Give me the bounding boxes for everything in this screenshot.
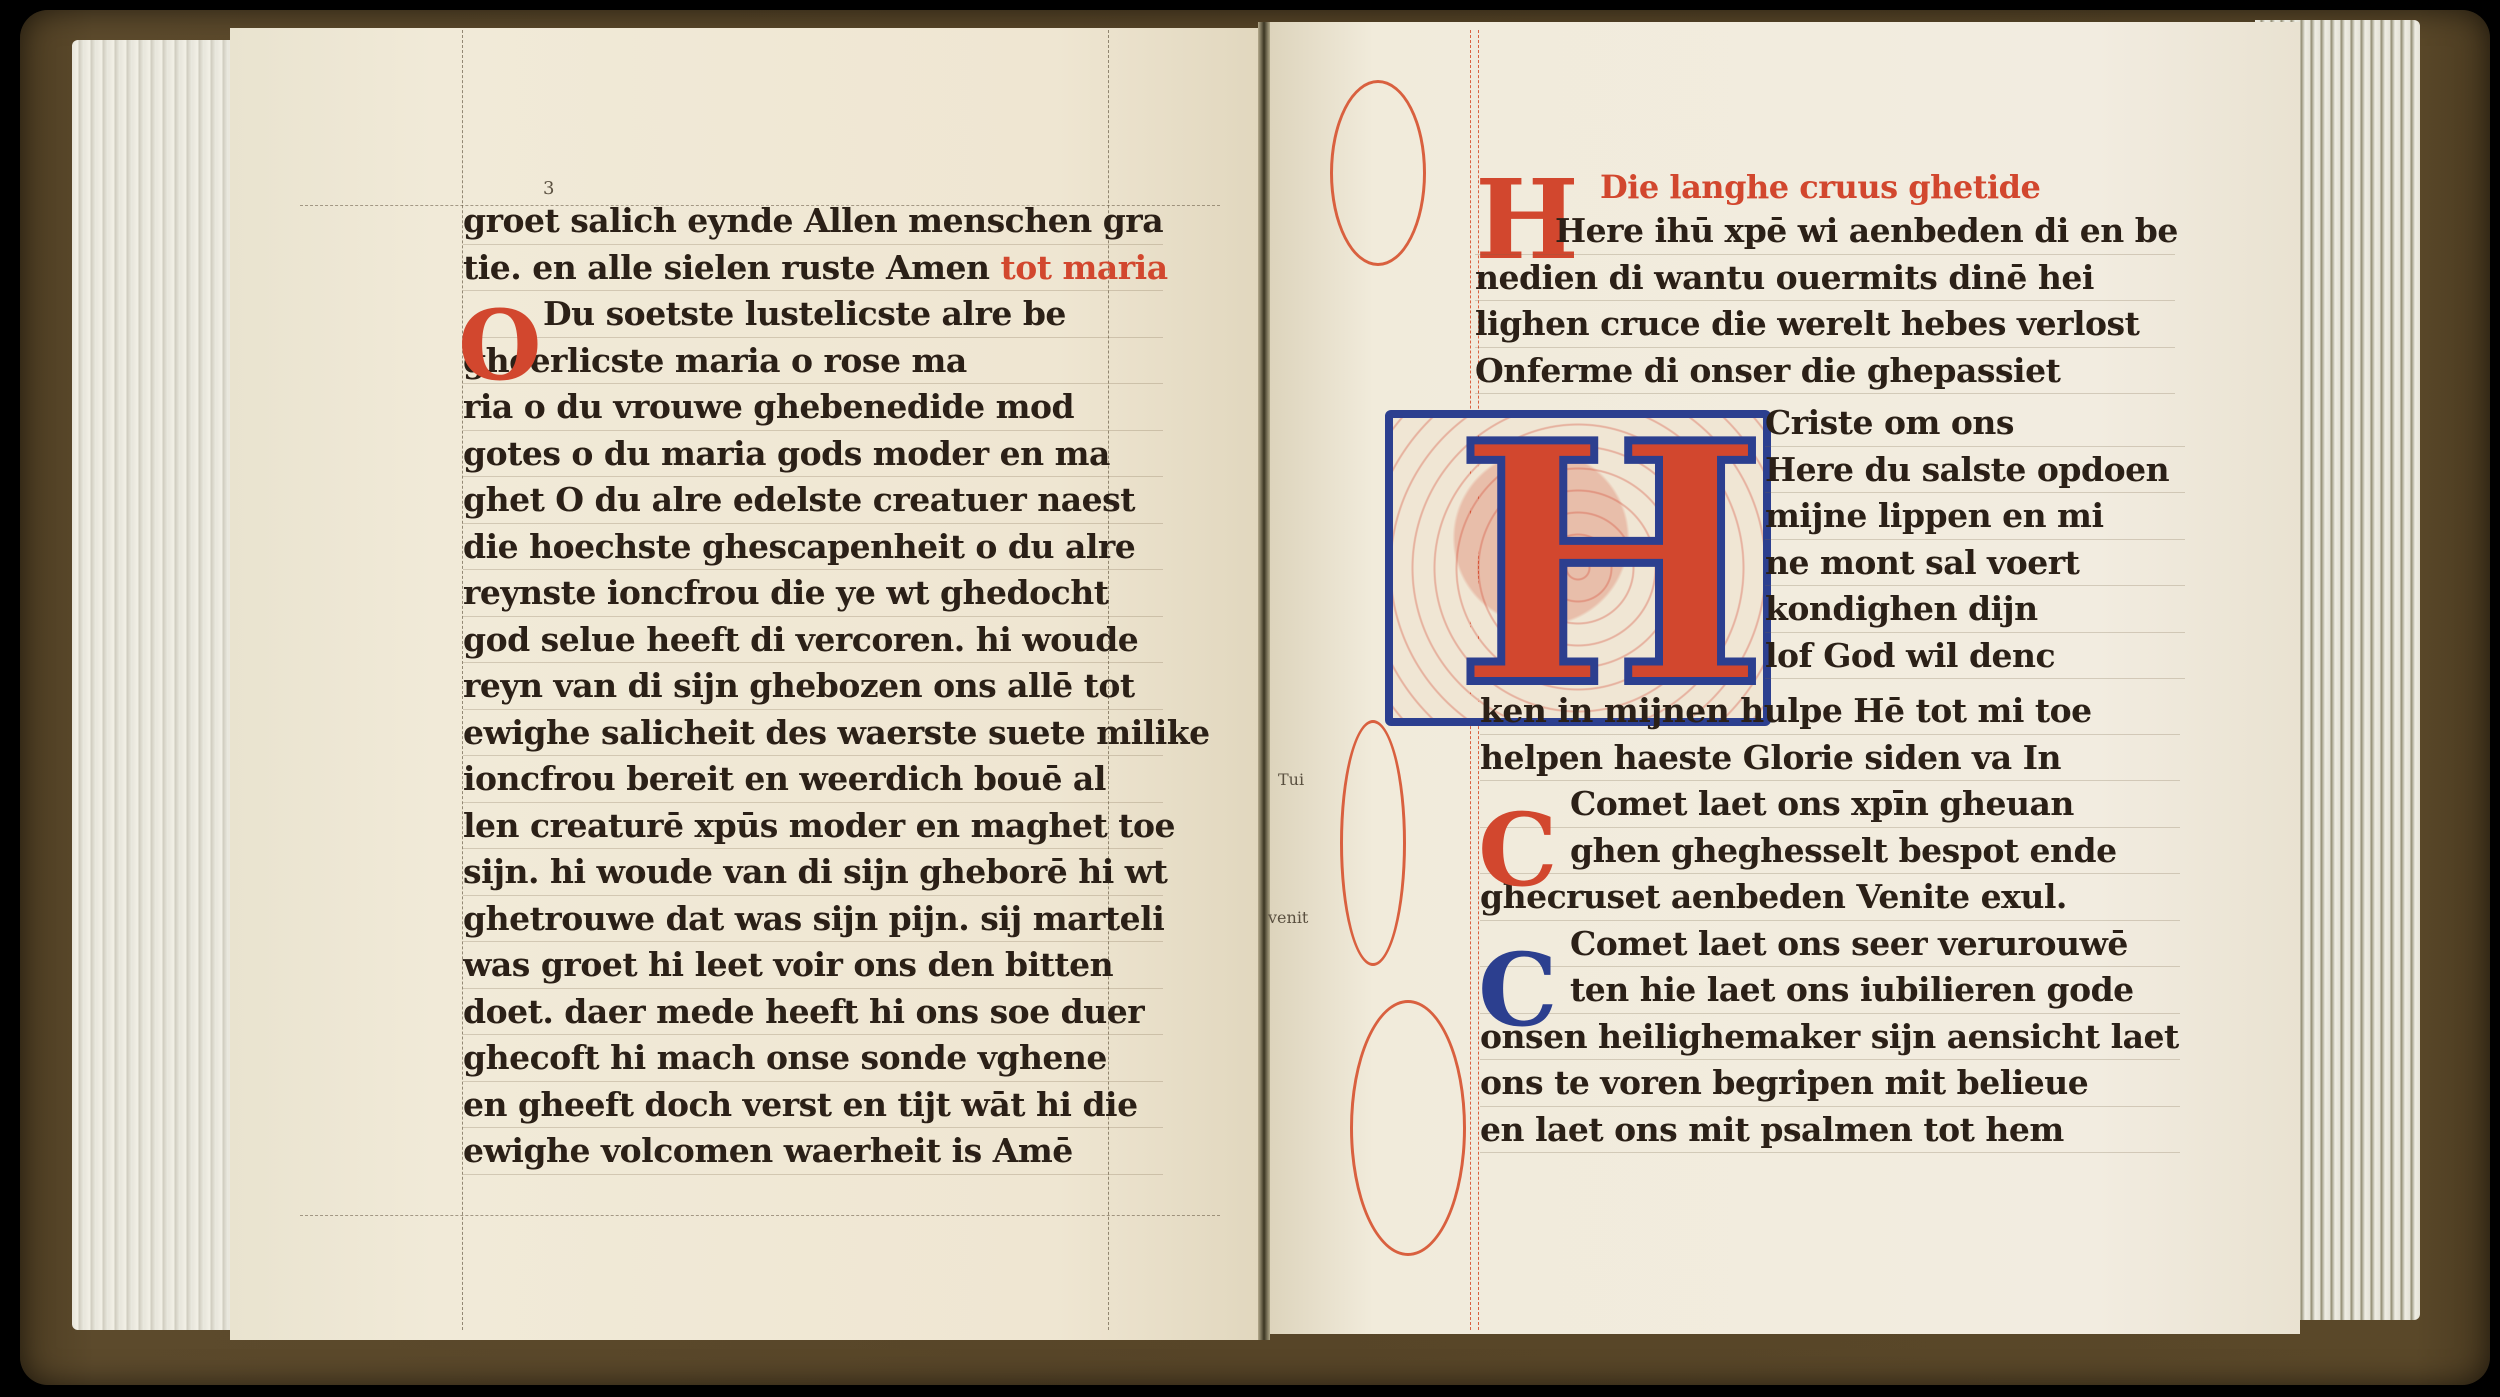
text-line: ken in mijnen hulpe Hē tot mi toe bbox=[1480, 688, 2180, 735]
text-span: tie. en alle sielen ruste Amen bbox=[463, 248, 990, 287]
text-line: lighen cruce die werelt hebes verlost bbox=[1475, 301, 2175, 348]
text-line: reyn van di sijn ghebozen ons allē tot bbox=[463, 663, 1163, 710]
red-initial-c: C bbox=[1478, 800, 1558, 900]
text-line: kondighen dijn bbox=[1765, 586, 2185, 633]
right-text-bottom: ken in mijnen hulpe Hē tot mi toe helpen… bbox=[1480, 688, 2180, 1153]
text-line: gheerlicste maria o rose ma bbox=[463, 338, 1163, 385]
text-line: ewighe salicheit des waerste suete milik… bbox=[463, 710, 1163, 757]
text-line: ioncfrou bereit en weerdich bouē al bbox=[463, 756, 1163, 803]
margin-note: venit bbox=[1268, 908, 1308, 927]
text-line: en gheeft doch verst en tijt wāt hi die bbox=[463, 1082, 1163, 1129]
text-line: ghecruset aenbeden Venite exul. bbox=[1480, 874, 2180, 921]
text-line: gotes o du maria gods moder en ma bbox=[463, 431, 1163, 478]
rubric-heading: Die langhe cruus ghetide bbox=[1600, 165, 2040, 211]
text-line: onsen heilighemaker sijn aensicht laet bbox=[1480, 1014, 2180, 1061]
rubric-tot-maria: tot maria bbox=[1001, 248, 1168, 287]
text-line: Du soetste lustelicste alre be bbox=[463, 291, 1163, 338]
penwork-flourish bbox=[1330, 80, 1426, 266]
text-line: ne mont sal voert bbox=[1765, 540, 2185, 587]
text-line: ghen gheghesselt bespot ende bbox=[1480, 828, 2180, 875]
text-line: ghecoft hi mach onse sonde vghene bbox=[463, 1035, 1163, 1082]
text-line: ria o du vrouwe ghebenedide mod bbox=[463, 384, 1163, 431]
text-line: Criste om ons bbox=[1765, 400, 2185, 447]
text-line: ghetrouwe dat was sijn pijn. sij marteli bbox=[463, 896, 1163, 943]
text-line: ons te voren begripen mit belieue bbox=[1480, 1060, 2180, 1107]
rubric-heading-text: Die langhe cruus ghetide bbox=[1600, 165, 2040, 211]
left-text-block: groet salich eynde Allen menschen gra ti… bbox=[463, 198, 1163, 1175]
text-line: nedien di wantu ouermits dinē hei bbox=[1475, 255, 2175, 302]
text-line: tie. en alle sielen ruste Amen tot maria bbox=[463, 245, 1163, 292]
text-line: helpen haeste Glorie siden va In bbox=[1480, 735, 2180, 782]
book-gutter bbox=[1258, 22, 1270, 1340]
text-line: ewighe volcomen waerheit is Amē bbox=[463, 1128, 1163, 1175]
text-line: ten hie laet ons iubilieren gode bbox=[1480, 967, 2180, 1014]
text-line: Comet laet ons xpīn gheuan bbox=[1480, 781, 2180, 828]
text-line: en laet ons mit psalmen tot hem bbox=[1480, 1107, 2180, 1154]
text-line: Comet laet ons seer verurouwē bbox=[1480, 921, 2180, 968]
text-line: Here du salste opdoen bbox=[1765, 447, 2185, 494]
right-text-top: Here ihū xpē wi aenbeden di en be nedien… bbox=[1475, 208, 2175, 394]
text-line: doet. daer mede heeft hi ons soe duer bbox=[463, 989, 1163, 1036]
text-line: ghet O du alre edelste creatuer naest bbox=[463, 477, 1163, 524]
text-line: lof God wil denc bbox=[1765, 633, 2185, 680]
right-text-beside-initial: Criste om ons Here du salste opdoen mijn… bbox=[1765, 400, 2185, 679]
red-initial-o: O bbox=[458, 298, 542, 394]
blue-initial-c: C bbox=[1478, 940, 1558, 1040]
text-line: len creaturē xpūs moder en maghet toe bbox=[463, 803, 1163, 850]
ruling-line bbox=[300, 1215, 1220, 1216]
text-line: sijn. hi woude van di sijn gheborē hi wt bbox=[463, 849, 1163, 896]
penwork-flourish bbox=[1340, 720, 1406, 966]
text-line: reynste ioncfrou die ye wt ghedocht bbox=[463, 570, 1163, 617]
illuminated-initial-h: H bbox=[1455, 400, 1767, 730]
text-line: die hoechste ghescapenheit o du alre bbox=[463, 524, 1163, 571]
text-line: Here ihū xpē wi aenbeden di en be bbox=[1475, 208, 2175, 255]
penwork-flourish bbox=[1350, 1000, 1466, 1256]
folio-mark: 3 bbox=[543, 178, 554, 199]
text-line: was groet hi leet voir ons den bitten bbox=[463, 942, 1163, 989]
margin-note: Tui bbox=[1278, 770, 1304, 789]
text-line: groet salich eynde Allen menschen gra bbox=[463, 198, 1163, 245]
text-line: mijne lippen en mi bbox=[1765, 493, 2185, 540]
text-line: god selue heeft di vercoren. hi woude bbox=[463, 617, 1163, 664]
